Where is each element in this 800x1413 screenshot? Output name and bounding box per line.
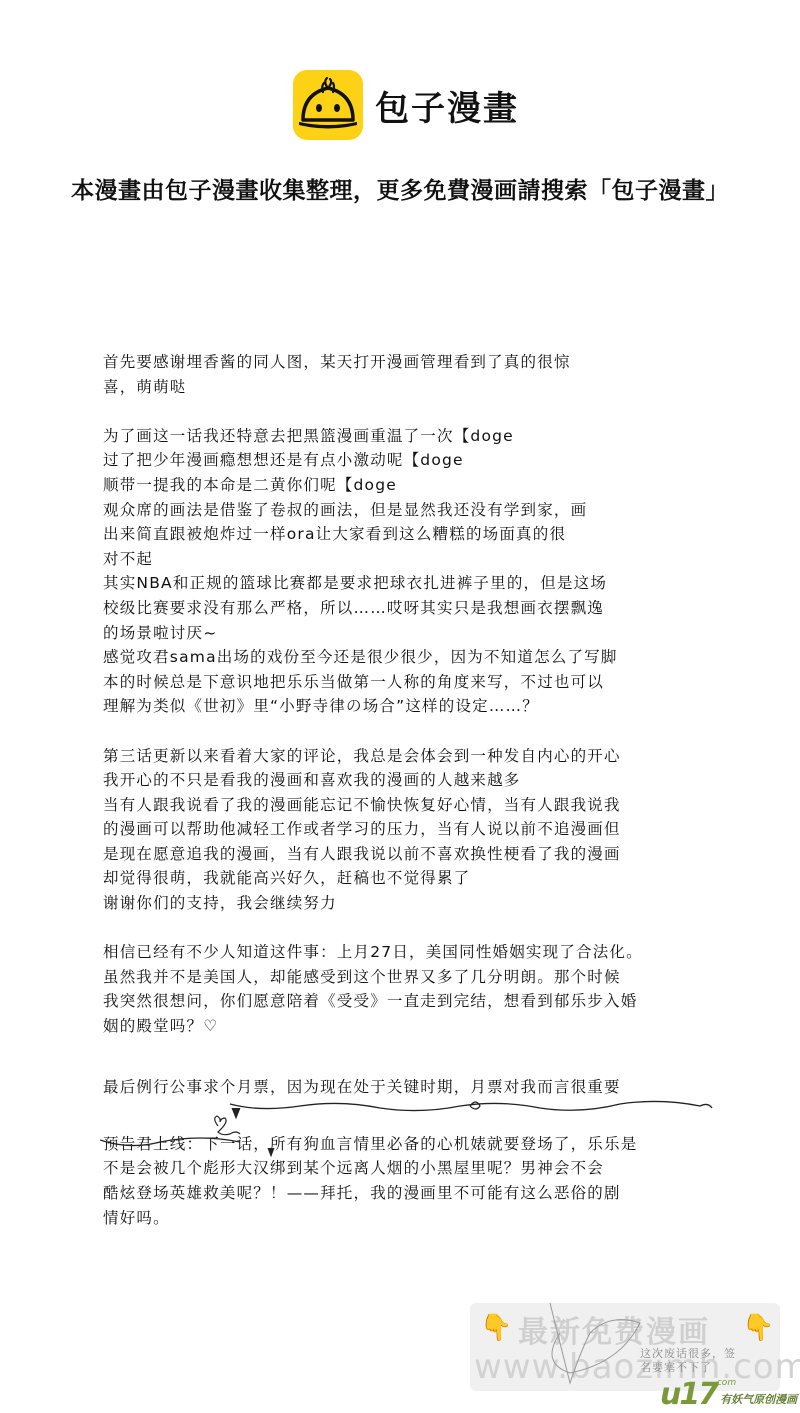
pointing-down-hand-icon: 👇 — [480, 1313, 512, 1343]
steamed-bun-icon — [293, 70, 363, 140]
signature-scribble — [530, 1303, 650, 1391]
note-line: 是现在愿意追我的漫画，当有人跟我说以前不喜欢换性梗看了我的漫画 — [103, 842, 723, 867]
note-line: 却觉得很萌，我就能高兴好久，赶稿也不觉得累了 — [103, 866, 723, 891]
note-line: 对不起 — [103, 547, 723, 572]
note-line: 当有人跟我说看了我的漫画能忘记不愉快恢复好心情，当有人跟我说我 — [103, 793, 723, 818]
note-line: 观众席的画法是借鉴了卷叔的画法，但是显然我还没有学到家，画 — [103, 498, 723, 523]
brand-header: 包子漫畫 — [293, 70, 519, 140]
note-line: 我突然很想问，你们愿意陪着《受受》一直走到完结，想看到郁乐步入婚 — [103, 989, 723, 1014]
note-line: 酷炫登场英雄救美呢？！——拜托，我的漫画里不可能有这么恶俗的剧 — [103, 1181, 723, 1206]
brand-name: 包子漫畫 — [375, 81, 519, 130]
note-line: 我开心的不只是看我的漫画和喜欢我的漫画的人越来越多 — [103, 768, 723, 793]
note-paragraph: 第三话更新以来看着大家的评论，我总是会体会到一种发自内心的开心 我开心的不只是看… — [103, 744, 723, 916]
note-line: 校级比赛要求没有那么严格，所以……哎呀其实只是我想画衣摆飘逸 — [103, 596, 723, 621]
note-line: 的场景啦讨厌~ — [103, 621, 723, 646]
note-paragraph: 最后例行公事求个月票，因为现在处于关键时期，月票对我而言很重要 — [103, 1075, 723, 1100]
note-line: 感觉攻君sama出场的戏份至今还是很少很少，因为不知道怎么了写脚 — [103, 645, 723, 670]
note-line: 相信已经有不少人知道这件事：上月27日，美国同性婚姻实现了合法化。 — [103, 940, 723, 965]
note-line: 本的时候总是下意识地把乐乐当做第一人称的角度来写，不过也可以 — [103, 670, 723, 695]
note-line: 最后例行公事求个月票，因为现在处于关键时期，月票对我而言很重要 — [103, 1075, 723, 1100]
note-paragraph: 相信已经有不少人知道这件事：上月27日，美国同性婚姻实现了合法化。 虽然我并不是… — [103, 940, 723, 1038]
u17-brand: u17 — [660, 1380, 717, 1410]
note-line: 这次废话很多，签 — [640, 1347, 736, 1361]
u17-domain: .com — [714, 1378, 736, 1388]
note-line: 理解为类似《世初》里“小野寺律の场合”这样的设定……？ — [103, 694, 723, 719]
note-line: 的漫画可以帮助他减轻工作或者学习的压力，当有人说以前不追漫画但 — [103, 817, 723, 842]
note-line: 出来简直跟被炮炸过一样ora让大家看到这么糟糕的场面真的很 — [103, 522, 723, 547]
note-line: 谢谢你们的支持，我会继续努力 — [103, 891, 723, 916]
u17-logo: u17 .com 有妖气原创漫画 — [660, 1380, 797, 1410]
note-line: 名要塞不下了 — [640, 1361, 736, 1375]
pointing-down-hand-icon: 👇 — [742, 1313, 774, 1343]
note-paragraph: 预告君上线：下一话，所有狗血言情里必备的心机婊就要登场了，乐乐是 不是会被几个彪… — [103, 1132, 723, 1230]
handwritten-signature-note: 这次废话很多，签 名要塞不下了 — [640, 1347, 736, 1375]
note-paragraph: 为了画这一话我还特意去把黑篮漫画重温了一次【doge 过了把少年漫画瘾想想还是有… — [103, 424, 723, 719]
note-line: 过了把少年漫画瘾想想还是有点小激动呢【doge — [103, 448, 723, 473]
note-line: 情好吗。 — [103, 1206, 723, 1231]
note-line: 喜，萌萌哒 — [103, 375, 723, 400]
author-note: 首先要感谢埋香酱的同人图，某天打开漫画管理看到了真的很惊 喜，萌萌哒 为了画这一… — [103, 350, 723, 1230]
u17-tagline: 有妖气原创漫画 — [720, 1391, 797, 1407]
note-line: 其实NBA和正规的篮球比赛都是要求把球衣扎进裤子里的，但是这场 — [103, 571, 723, 596]
note-line: 顺带一提我的本命是二黄你们呢【doge — [103, 473, 723, 498]
note-line: 首先要感谢埋香酱的同人图，某天打开漫画管理看到了真的很惊 — [103, 350, 723, 375]
note-line: 虽然我并不是美国人，却能感受到这个世界又多了几分明朗。那个时候 — [103, 965, 723, 990]
note-line: 第三话更新以来看着大家的评论，我总是会体会到一种发自内心的开心 — [103, 744, 723, 769]
note-line: 姻的殿堂吗？♡ — [103, 1014, 723, 1039]
note-line: 不是会被几个彪形大汉绑到某个远离人烟的小黑屋里呢？男神会不会 — [103, 1156, 723, 1181]
note-line: 预告君上线：下一话，所有狗血言情里必备的心机婊就要登场了，乐乐是 — [103, 1132, 723, 1157]
note-paragraph: 首先要感谢埋香酱的同人图，某天打开漫画管理看到了真的很惊 喜，萌萌哒 — [103, 350, 723, 399]
note-line: 为了画这一话我还特意去把黑篮漫画重温了一次【doge — [103, 424, 723, 449]
site-banner: 本漫畫由包子漫畫收集整理，更多免費漫画請搜索「包子漫畫」 — [0, 172, 800, 205]
